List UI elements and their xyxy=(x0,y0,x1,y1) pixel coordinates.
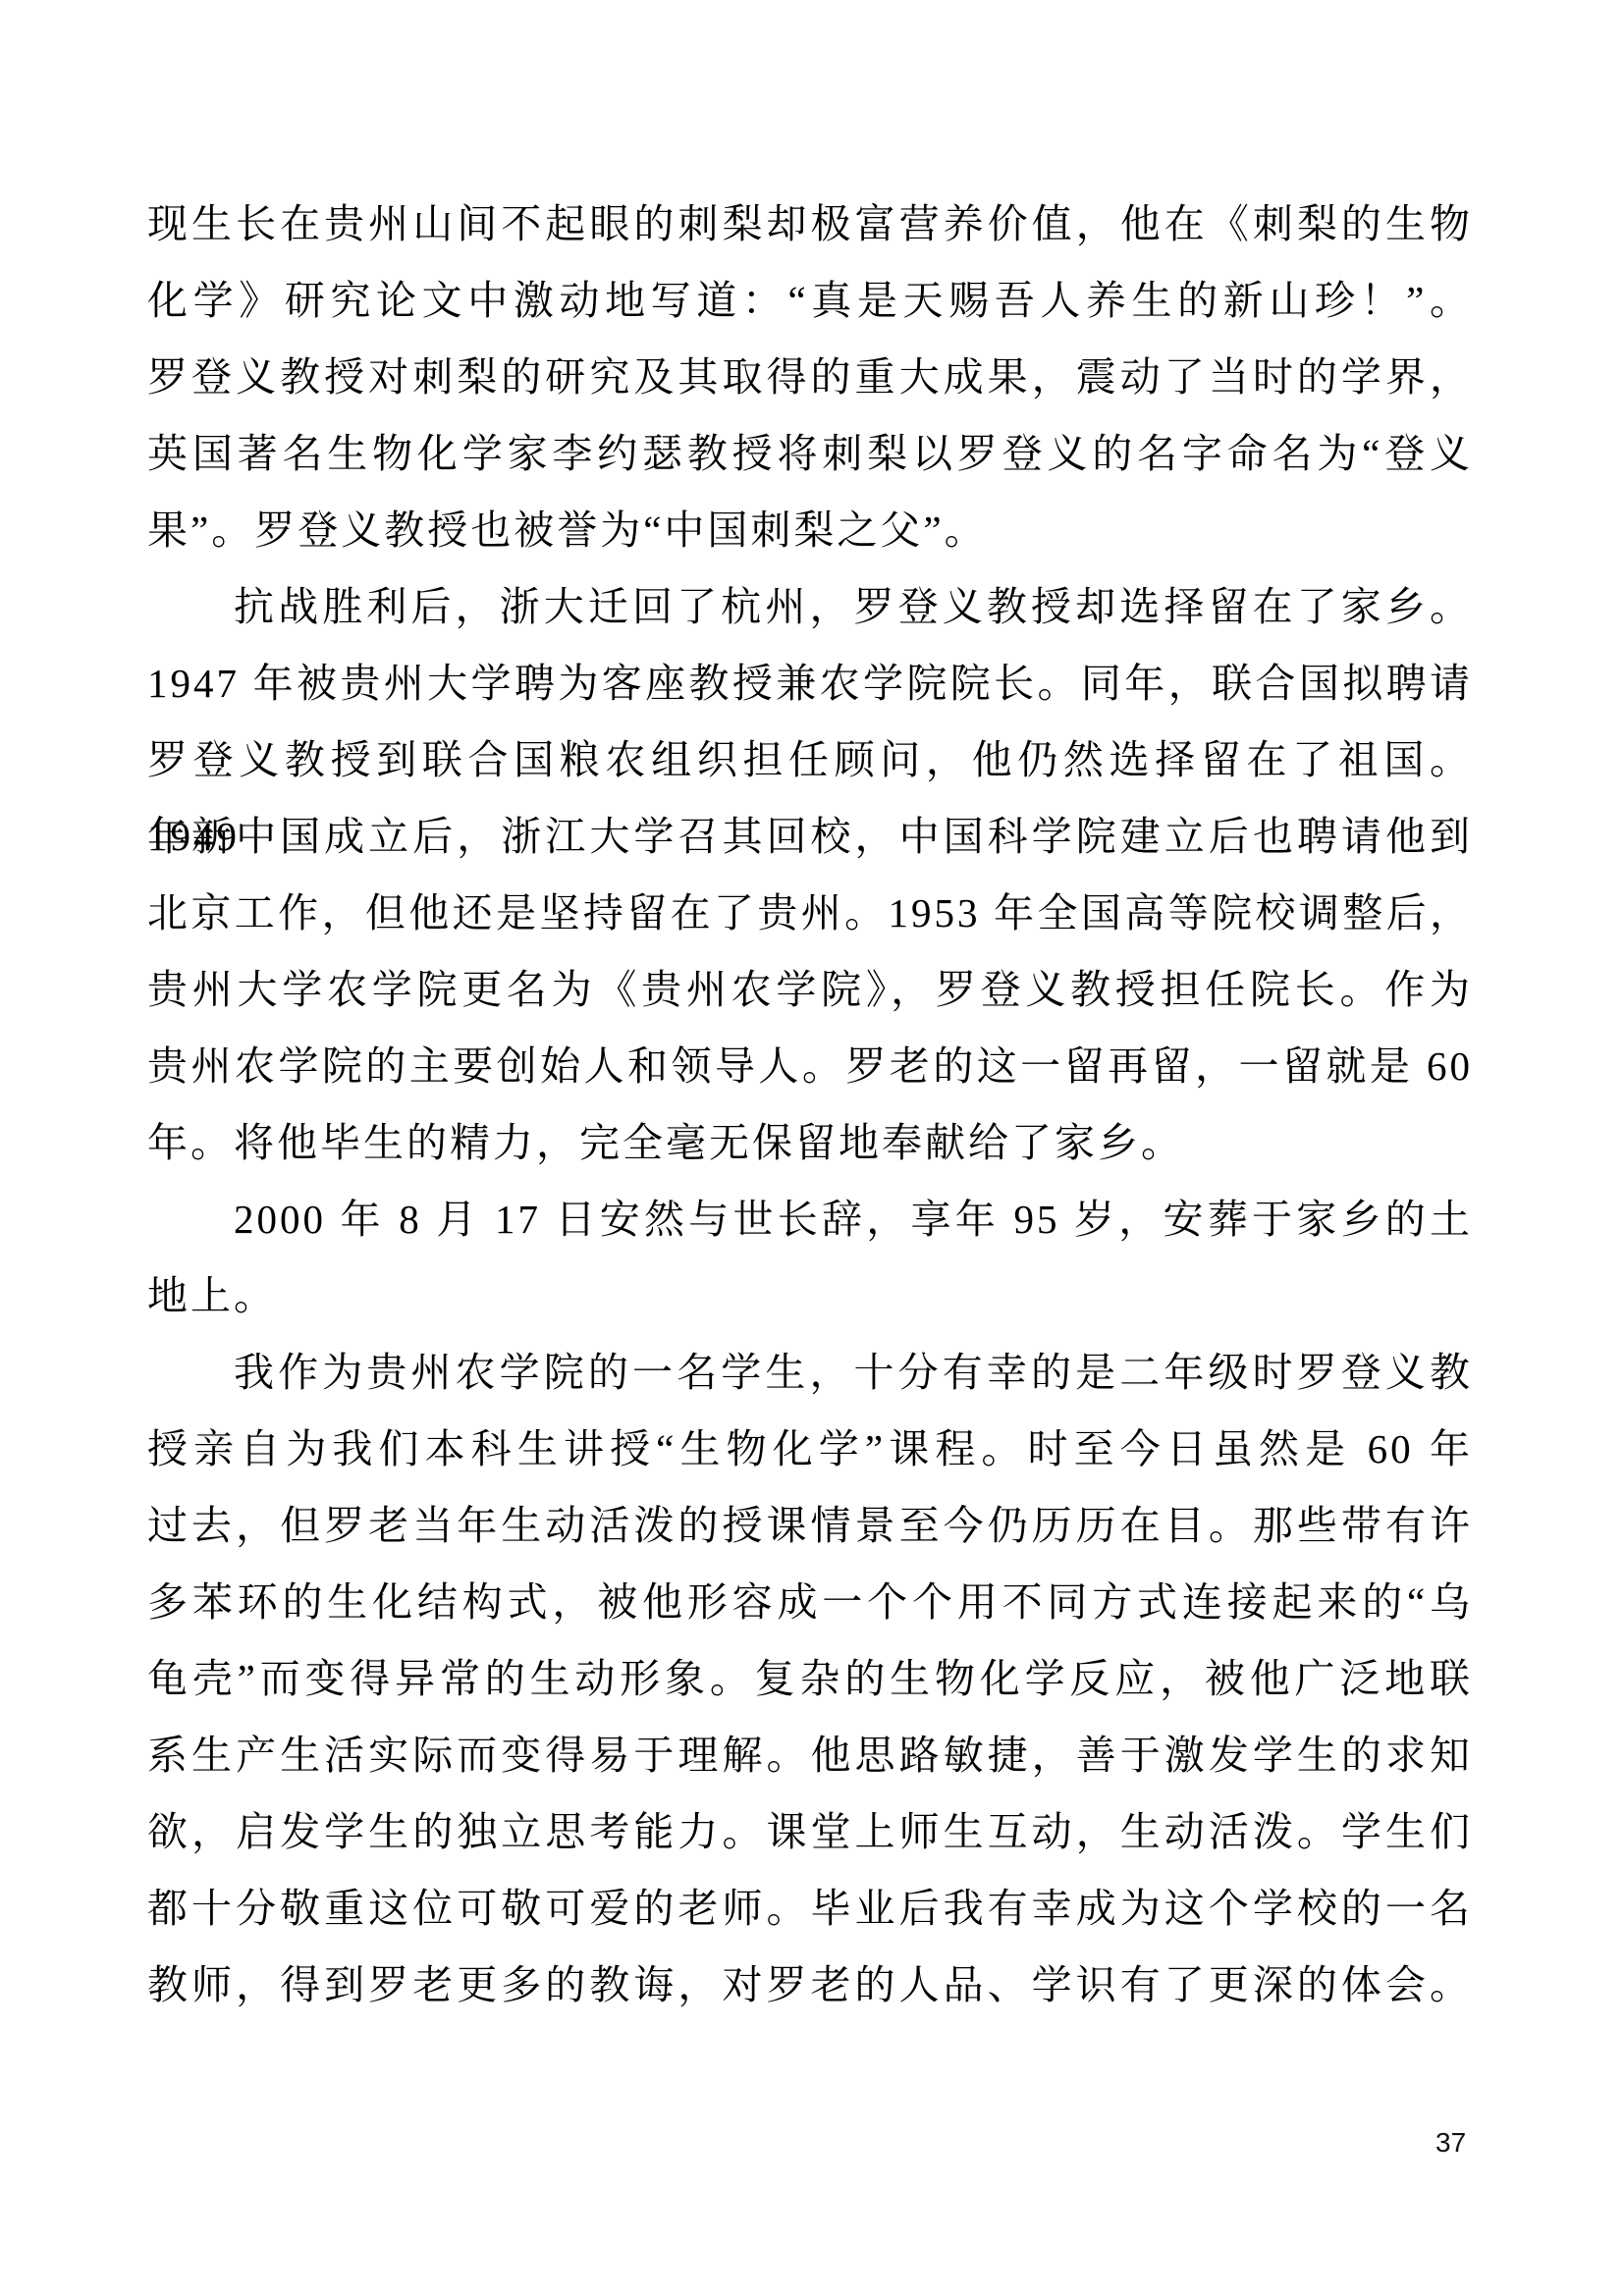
text-line: 果”。罗登义教授也被誉为“中国刺梨之父”。 xyxy=(147,492,1473,568)
text-line: 现生长在贵州山间不起眼的刺梨却极富营养价值，他在《刺梨的生物 xyxy=(147,186,1473,262)
text-line: 系生产生活实际而变得易于理解。他思路敏捷，善于激发学生的求知 xyxy=(147,1717,1473,1793)
document-page: 现生长在贵州山间不起眼的刺梨却极富营养价值，他在《刺梨的生物化学》研究论文中激动… xyxy=(0,0,1624,2296)
text-line: 罗登义教授到联合国粮农组织担任顾问，他仍然选择留在了祖国。1949 xyxy=(147,721,1473,798)
text-line: 我作为贵州农学院的一名学生，十分有幸的是二年级时罗登义教 xyxy=(147,1334,1473,1411)
text-line: 欲，启发学生的独立思考能力。课堂上师生互动，生动活泼。学生们 xyxy=(147,1793,1473,1870)
text-line: 地上。 xyxy=(147,1257,1473,1334)
text-line: 年。将他毕生的精力，完全毫无保留地奉献给了家乡。 xyxy=(147,1104,1473,1181)
text-line: 北京工作，但他还是坚持留在了贵州。1953 年全国高等院校调整后， xyxy=(147,875,1473,951)
text-line: 都十分敬重这位可敬可爱的老师。毕业后我有幸成为这个学校的一名 xyxy=(147,1870,1473,1947)
text-line: 2000 年 8 月 17 日安然与世长辞，享年 95 岁，安葬于家乡的土 xyxy=(147,1181,1473,1257)
page-number: 37 xyxy=(1435,2126,1494,2160)
text-line: 龟壳”而变得异常的生动形象。复杂的生物化学反应，被他广泛地联 xyxy=(147,1640,1473,1717)
body-text: 现生长在贵州山间不起眼的刺梨却极富营养价值，他在《刺梨的生物化学》研究论文中激动… xyxy=(147,186,1473,2023)
text-line: 年新中国成立后，浙江大学召其回校，中国科学院建立后也聘请他到 xyxy=(147,798,1473,875)
text-line: 英国著名生物化学家李约瑟教授将刺梨以罗登义的名字命名为“登义 xyxy=(147,415,1473,492)
text-line: 1947 年被贵州大学聘为客座教授兼农学院院长。同年，联合国拟聘请 xyxy=(147,645,1473,721)
text-line: 多苯环的生化结构式，被他形容成一个个用不同方式连接起来的“乌 xyxy=(147,1564,1473,1640)
text-line: 罗登义教授对刺梨的研究及其取得的重大成果，震动了当时的学界， xyxy=(147,339,1473,415)
text-line: 过去，但罗老当年生动活泼的授课情景至今仍历历在目。那些带有许 xyxy=(147,1487,1473,1564)
text-line: 贵州农学院的主要创始人和领导人。罗老的这一留再留，一留就是 60 xyxy=(147,1028,1473,1104)
text-line: 贵州大学农学院更名为《贵州农学院》，罗登义教授担任院长。作为 xyxy=(147,951,1473,1028)
text-line: 教师，得到罗老更多的教诲，对罗老的人品、学识有了更深的体会。 xyxy=(147,1947,1473,2023)
text-line: 化学》研究论文中激动地写道：“真是天赐吾人养生的新山珍！”。 xyxy=(147,262,1473,339)
text-line: 授亲自为我们本科生讲授“生物化学”课程。时至今日虽然是 60 年 xyxy=(147,1411,1473,1487)
text-line: 抗战胜利后，浙大迁回了杭州，罗登义教授却选择留在了家乡。 xyxy=(147,568,1473,645)
